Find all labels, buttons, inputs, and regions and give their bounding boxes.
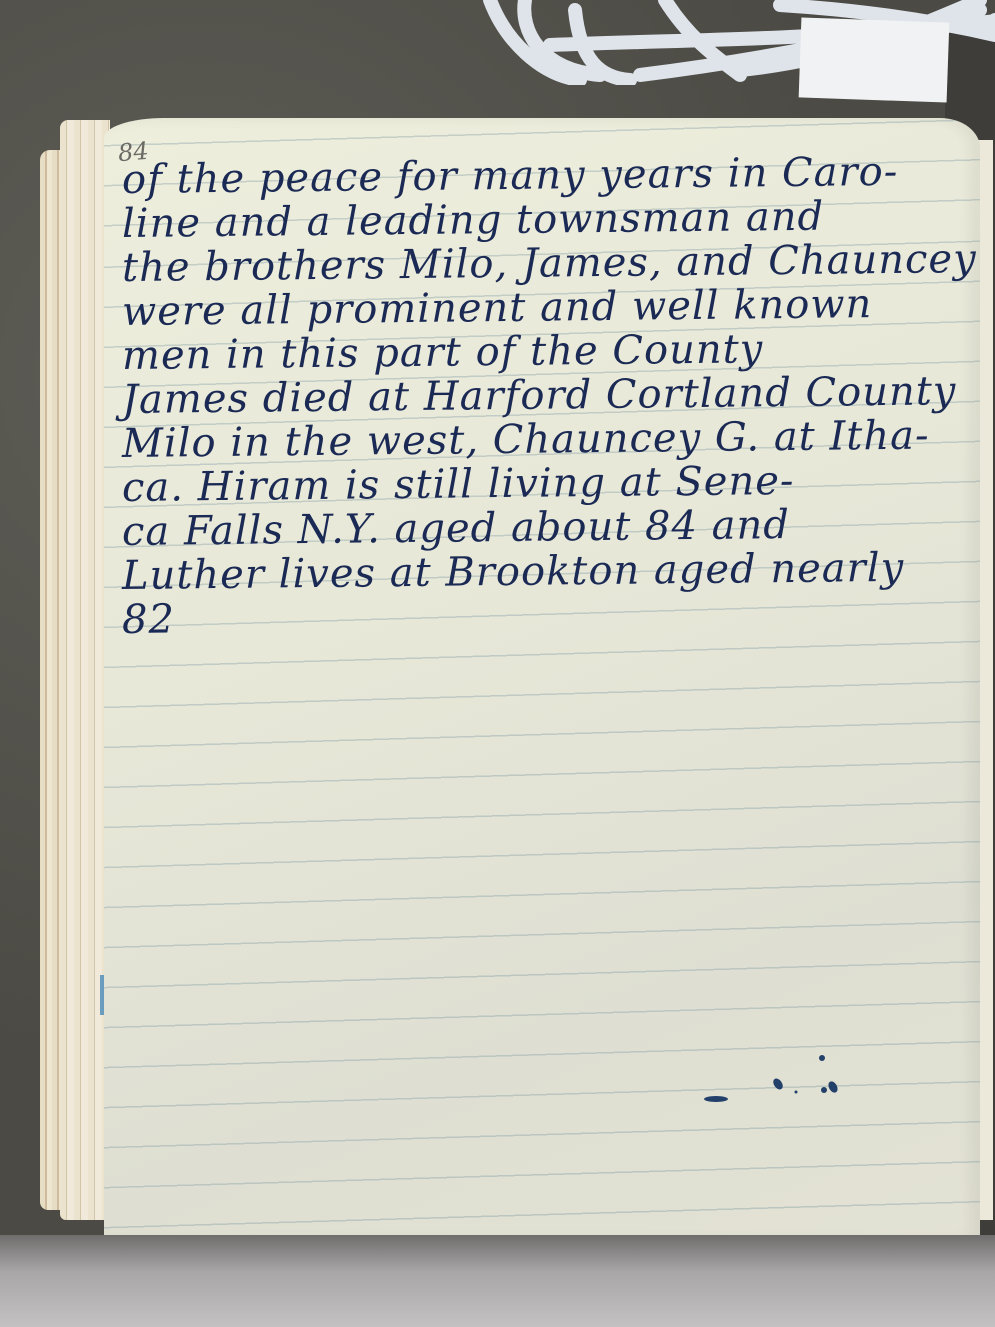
page-stack-edge [60,120,110,1220]
paper-tag [799,17,950,102]
ink-blots [104,118,980,1240]
table-surface [0,1235,995,1327]
notebook-page: 84 of the peace for many years in Caro- … [104,118,980,1240]
